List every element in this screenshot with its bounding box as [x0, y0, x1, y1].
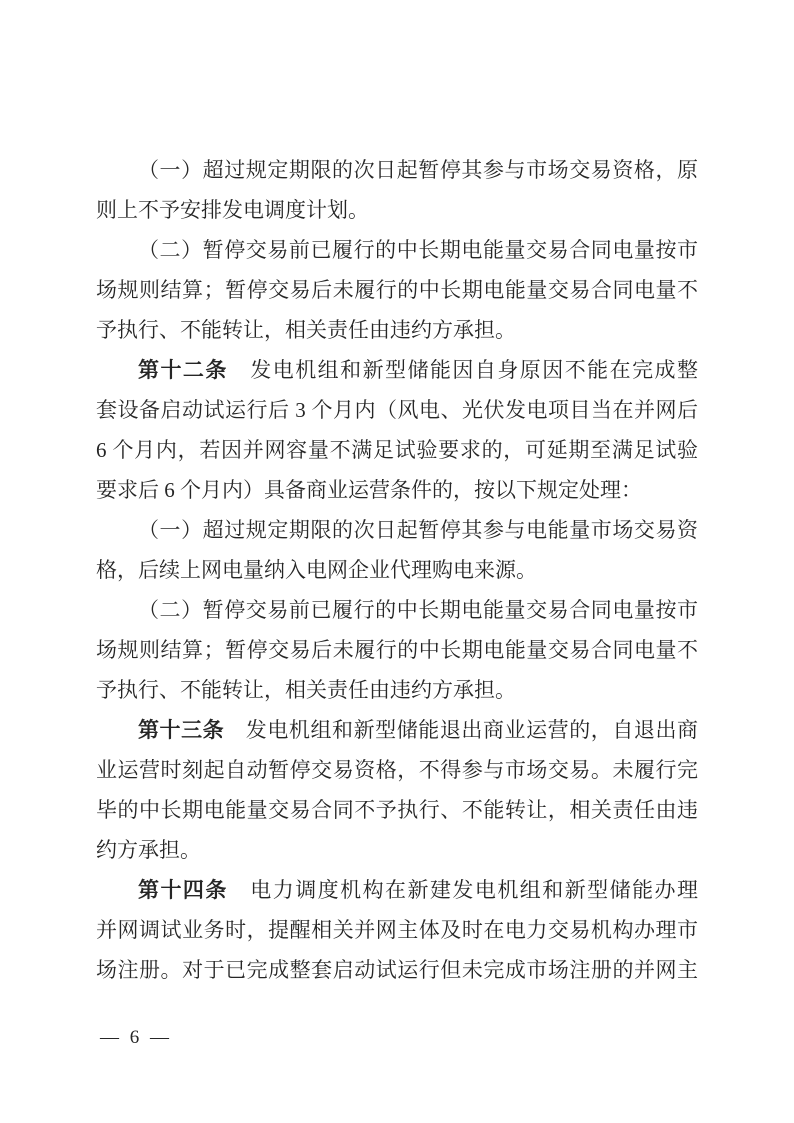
body-line: 场规则结算；暂停交易后未履行的中长期电能量交易合同电量不 [96, 630, 698, 670]
body-line: （一）超过规定期限的次日起暂停其参与电能量市场交易资 [96, 510, 698, 550]
body-line: 予执行、不能转让，相关责任由违约方承担。 [96, 670, 698, 710]
body-line: 场规则结算；暂停交易后未履行的中长期电能量交易合同电量不 [96, 270, 698, 310]
body-line: 并网调试业务时，提醒相关并网主体及时在电力交易机构办理市 [96, 910, 698, 950]
body-line: 则上不予安排发电调度计划。 [96, 190, 698, 230]
article-number: 第十二条 [138, 358, 228, 382]
body-line: 第十二条 发电机组和新型储能因自身原因不能在完成整 [96, 350, 698, 390]
body-line: 约方承担。 [96, 830, 698, 870]
document-body: （一）超过规定期限的次日起暂停其参与市场交易资格，原则上不予安排发电调度计划。（… [96, 150, 698, 990]
body-line: 予执行、不能转让，相关责任由违约方承担。 [96, 310, 698, 350]
body-line: 场注册。对于已完成整套启动试运行但未完成市场注册的并网主 [96, 950, 698, 990]
article-number: 第十四条 [138, 878, 228, 902]
article-number: 第十三条 [138, 718, 224, 742]
body-line: （二）暂停交易前已履行的中长期电能量交易合同电量按市 [96, 230, 698, 270]
body-line: 要求后 6 个月内）具备商业运营条件的，按以下规定处理： [96, 470, 698, 510]
document-page: （一）超过规定期限的次日起暂停其参与市场交易资格，原则上不予安排发电调度计划。（… [0, 0, 794, 1123]
body-line: 业运营时刻起自动暂停交易资格，不得参与市场交易。未履行完 [96, 750, 698, 790]
body-line: （一）超过规定期限的次日起暂停其参与市场交易资格，原 [96, 150, 698, 190]
body-line: 毕的中长期电能量交易合同不予执行、不能转让，相关责任由违 [96, 790, 698, 830]
body-line: 第十四条 电力调度机构在新建发电机组和新型储能办理 [96, 870, 698, 910]
body-line: 格，后续上网电量纳入电网企业代理购电来源。 [96, 550, 698, 590]
body-line: 6 个月内，若因并网容量不满足试验要求的，可延期至满足试验 [96, 430, 698, 470]
page-number: — 6 — [100, 1024, 172, 1052]
body-line: 套设备启动试运行后 3 个月内（风电、光伏发电项目当在并网后 [96, 390, 698, 430]
body-line: （二）暂停交易前已履行的中长期电能量交易合同电量按市 [96, 590, 698, 630]
body-line: 第十三条 发电机组和新型储能退出商业运营的，自退出商 [96, 710, 698, 750]
